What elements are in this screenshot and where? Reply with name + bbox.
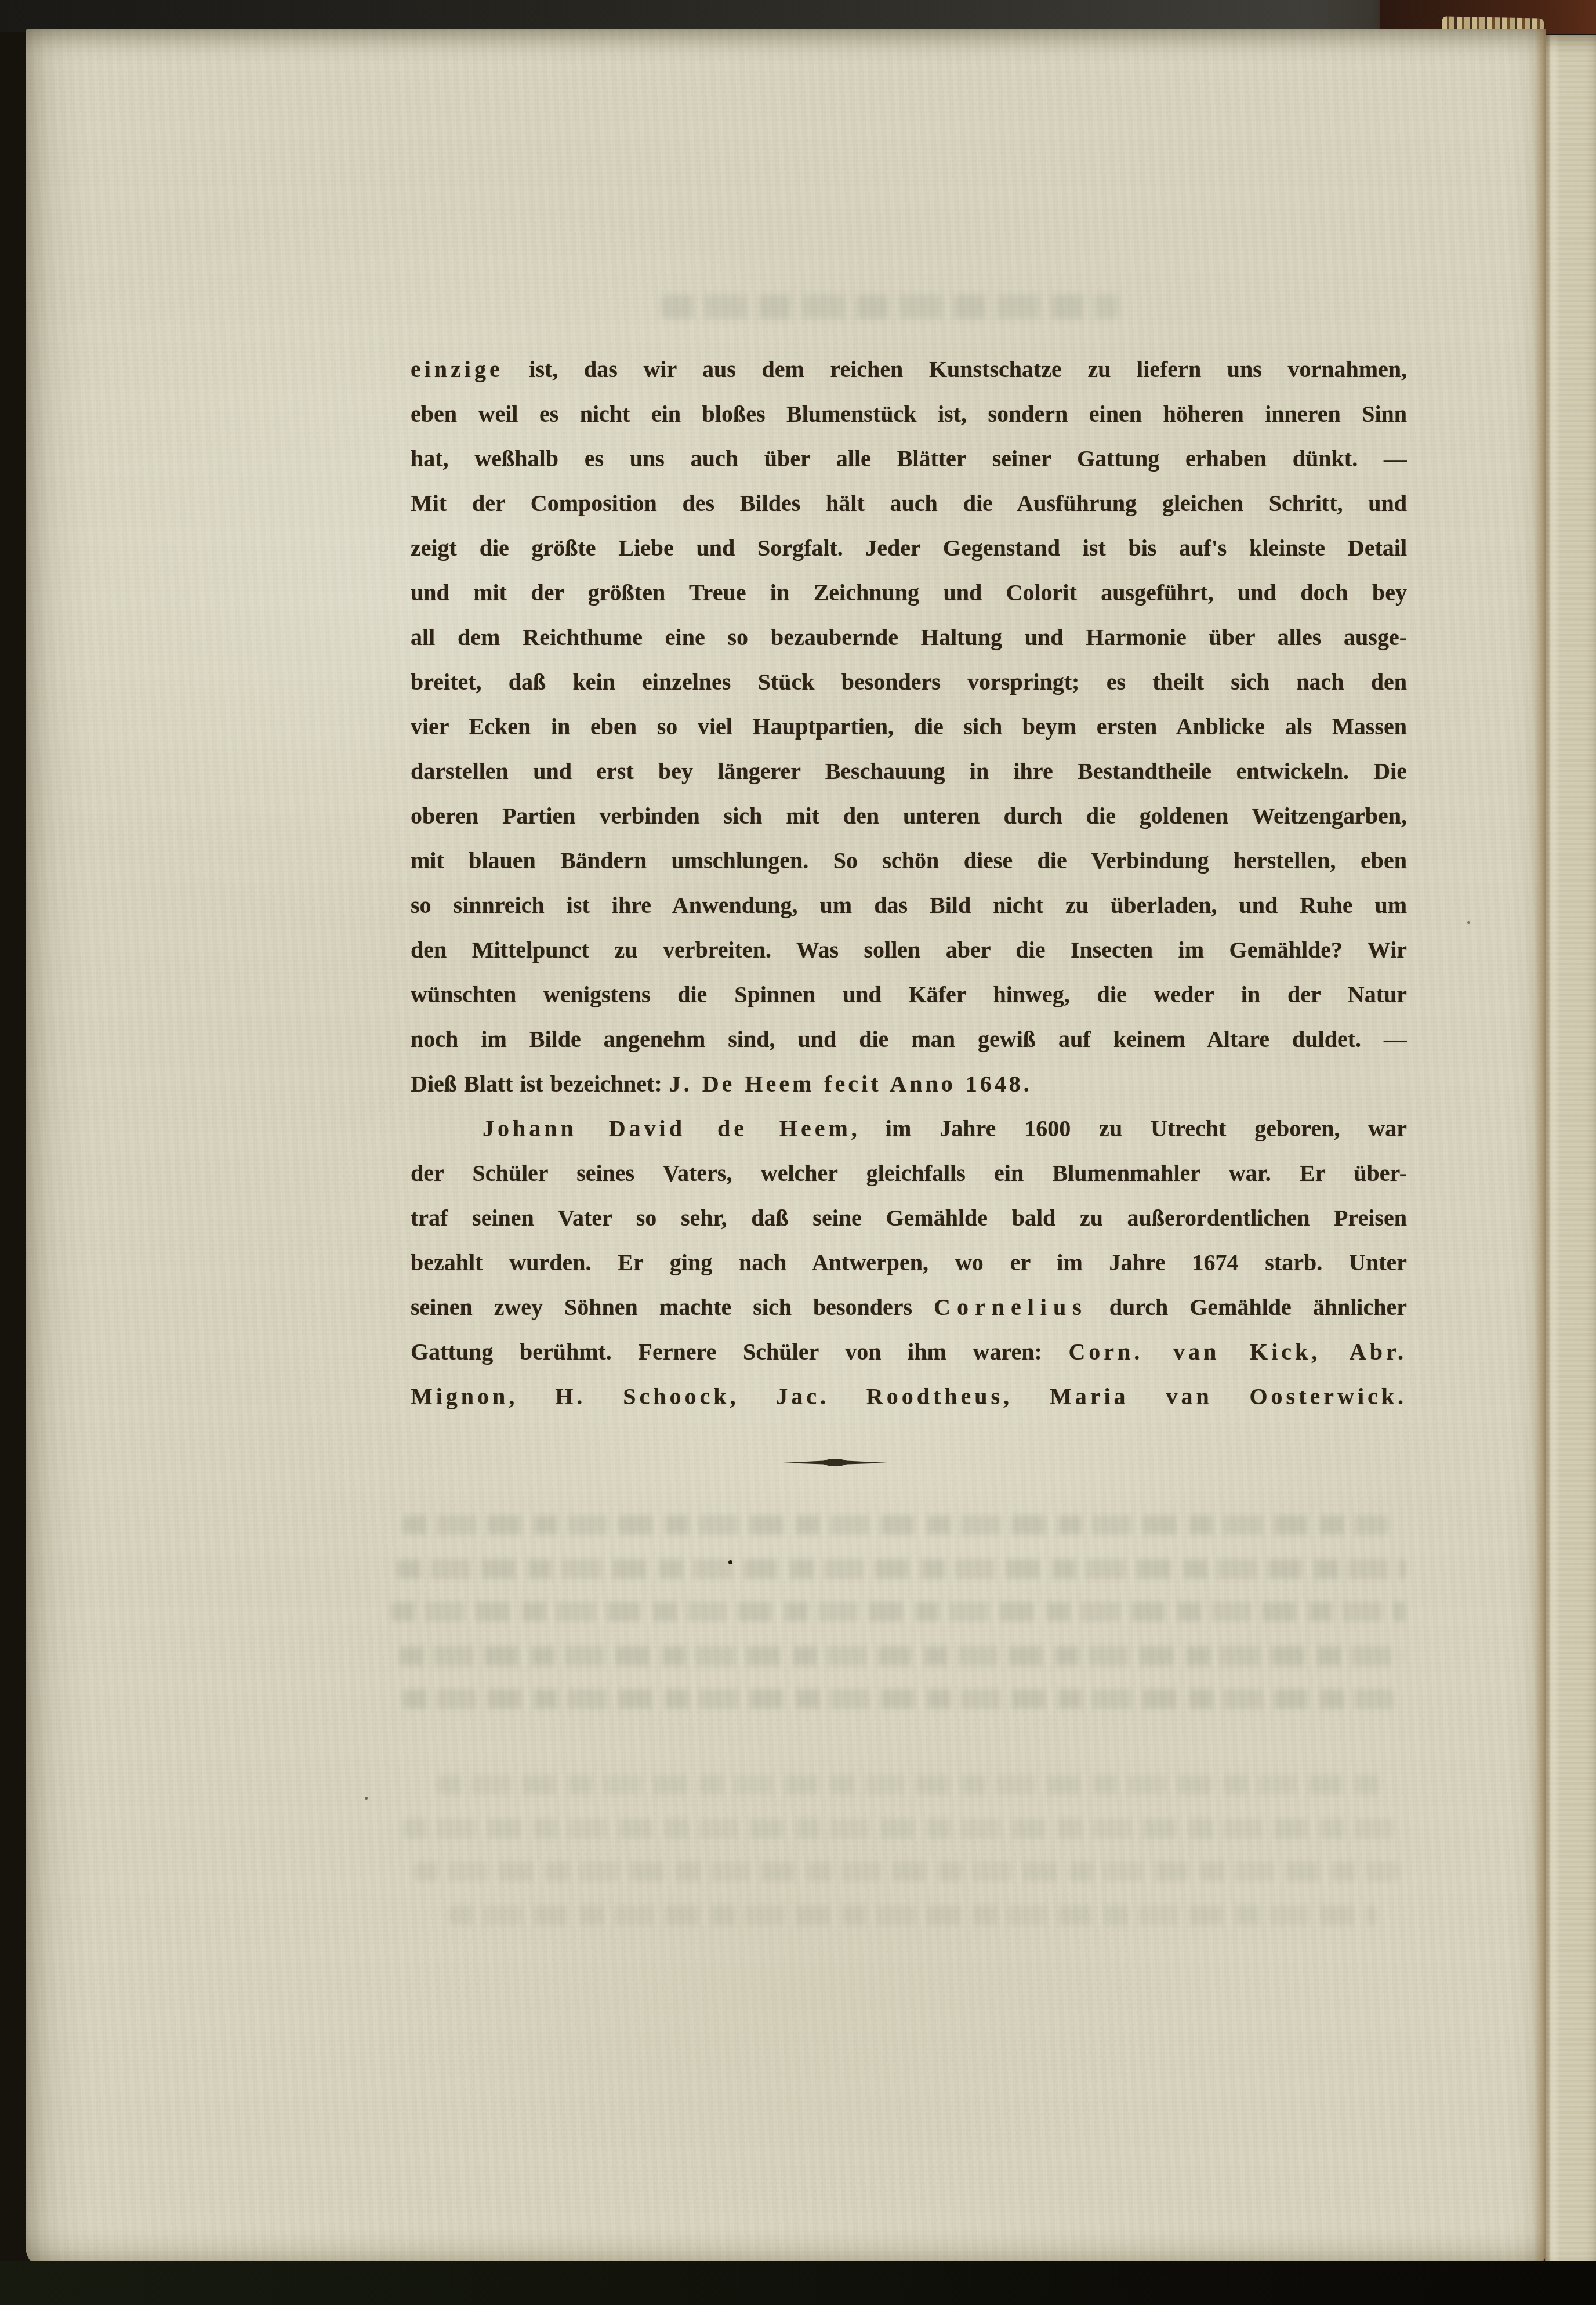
gutter-crease (1535, 29, 1546, 2269)
text-segment: Cornelius (934, 1294, 1088, 1320)
text-segment: zeigt die größte Liebe und Sorgfalt. Jed… (411, 535, 1407, 561)
bleedthrough-line (449, 1905, 1377, 1925)
text-line: Johann David de Heem, im Jahre 1600 zu U… (411, 1106, 1407, 1151)
text-line: und mit der größten Treue in Zeichnung u… (411, 570, 1407, 615)
text-segment: so sinnreich ist ihre Anwendung, um das … (411, 892, 1407, 918)
text-segment: all dem Reichthume eine so bezaubernde H… (411, 624, 1407, 650)
text-line: der Schüler seines Vaters, welcher gleic… (411, 1151, 1407, 1195)
text-segment: Gattung berühmt. Fernere Schüler von ihm… (411, 1339, 1068, 1365)
swelled-rule-icon (783, 1457, 887, 1469)
scanner-background-bottom (0, 2261, 1596, 2305)
scanned-book-spread: { "page_scan": { "description": "Scanned… (0, 0, 1596, 2305)
paper-speck (728, 1560, 732, 1564)
text-line: einzige ist, das wir aus dem reichen Kun… (411, 347, 1407, 392)
adjacent-page-edge (1545, 35, 1596, 2281)
text-line: Gattung berühmt. Fernere Schüler von ihm… (411, 1329, 1407, 1374)
text-segment: darstellen und erst bey längerer Beschau… (411, 758, 1407, 784)
bleedthrough-line (400, 1646, 1403, 1666)
text-line: mit blauen Bändern umschlungen. So schön… (411, 838, 1407, 883)
text-line: breitet, daß kein einzelnes Stück besond… (411, 659, 1407, 704)
paper-speck (1467, 921, 1470, 924)
text-segment: oberen Partien verbinden sich mit den un… (411, 803, 1407, 829)
text-line: hat, weßhalb es uns auch über alle Blätt… (411, 436, 1407, 481)
text-segment: bezahlt wurden. Er ging nach Antwerpen, … (411, 1249, 1407, 1275)
section-divider-ornament (783, 1457, 887, 1469)
bleedthrough-line (437, 1775, 1388, 1795)
text-segment: eben weil es nicht ein bloßes Blumenstüc… (411, 401, 1407, 427)
text-segment: wünschten wenigstens die Spinnen und Käf… (411, 981, 1407, 1007)
bleedthrough-line (402, 1689, 1394, 1709)
text-line: den Mittelpunct zu verbreiten. Was solle… (411, 927, 1407, 972)
text-segment: , im Jahre 1600 zu Utrecht geboren, war (851, 1115, 1407, 1141)
text-segment: ist, das wir aus dem reichen Kunstschatz… (503, 356, 1407, 382)
bleedthrough-line (402, 1818, 1406, 1838)
text-segment: vier Ecken in eben so viel Hauptpartien,… (411, 713, 1407, 740)
text-segment: mit blauen Bändern umschlungen. So schön… (411, 847, 1407, 874)
text-segment: seinen zwey Söhnen machte sich besonders (411, 1294, 934, 1320)
text-segment: Dieß Blatt ist bezeichnet: (411, 1071, 669, 1097)
paper-speck (365, 1797, 368, 1800)
book-page: einzige ist, das wir aus dem reichen Kun… (26, 29, 1546, 2269)
text-line: Dieß Blatt ist bezeichnet: J. De Heem fe… (411, 1061, 1407, 1106)
bleedthrough-line (391, 1602, 1406, 1622)
text-segment: und mit der größten Treue in Zeichnung u… (411, 579, 1407, 606)
text-segment: einzige (411, 356, 503, 382)
scanner-background-top (0, 0, 1596, 32)
text-line: vier Ecken in eben so viel Hauptpartien,… (411, 704, 1407, 749)
text-line: darstellen und erst bey längerer Beschau… (411, 749, 1407, 793)
text-line: seinen zwey Söhnen machte sich besonders… (411, 1285, 1407, 1329)
bleedthrough-heading (661, 295, 1119, 319)
text-segment: traf seinen Vater so sehr, daß seine Gem… (411, 1205, 1407, 1231)
bleedthrough-line (402, 1515, 1388, 1535)
text-line: bezahlt wurden. Er ging nach Antwerpen, … (411, 1240, 1407, 1285)
text-block: einzige ist, das wir aus dem reichen Kun… (411, 347, 1407, 1419)
text-segment: durch Gemählde ähnlicher (1088, 1294, 1407, 1320)
text-line: all dem Reichthume eine so bezaubernde H… (411, 615, 1407, 659)
text-line: Mignon, H. Schoock, Jac. Roodtheus, Mari… (411, 1374, 1407, 1419)
text-line: noch im Bilde angenehm sind, und die man… (411, 1017, 1407, 1061)
text-segment: der Schüler seines Vaters, welcher gleic… (411, 1160, 1407, 1186)
text-line: wünschten wenigstens die Spinnen und Käf… (411, 972, 1407, 1017)
text-line: eben weil es nicht ein bloßes Blumenstüc… (411, 392, 1407, 436)
text-segment: noch im Bilde angenehm sind, und die man… (411, 1026, 1407, 1052)
text-line: Mit der Composition des Bildes hält auch… (411, 481, 1407, 525)
text-segment: den Mittelpunct zu verbreiten. Was solle… (411, 937, 1407, 963)
text-segment: Johann David de Heem (483, 1115, 851, 1141)
bleedthrough-line (414, 1862, 1400, 1882)
text-line: so sinnreich ist ihre Anwendung, um das … (411, 883, 1407, 927)
text-segment: breitet, daß kein einzelnes Stück besond… (411, 669, 1407, 695)
text-line: oberen Partien verbinden sich mit den un… (411, 793, 1407, 838)
text-segment: Mignon, H. Schoock, Jac. Roodtheus, Mari… (411, 1383, 1407, 1409)
text-line: zeigt die größte Liebe und Sorgfalt. Jed… (411, 525, 1407, 570)
bleedthrough-line (397, 1559, 1406, 1579)
text-segment: Corn. van Kick, Abr. (1068, 1339, 1407, 1365)
text-line: traf seinen Vater so sehr, daß seine Gem… (411, 1195, 1407, 1240)
text-segment: J. De Heem fecit Anno 1648. (669, 1071, 1032, 1097)
text-segment: hat, weßhalb es uns auch über alle Blätt… (411, 445, 1407, 472)
text-segment: Mit der Composition des Bildes hält auch… (411, 490, 1407, 516)
